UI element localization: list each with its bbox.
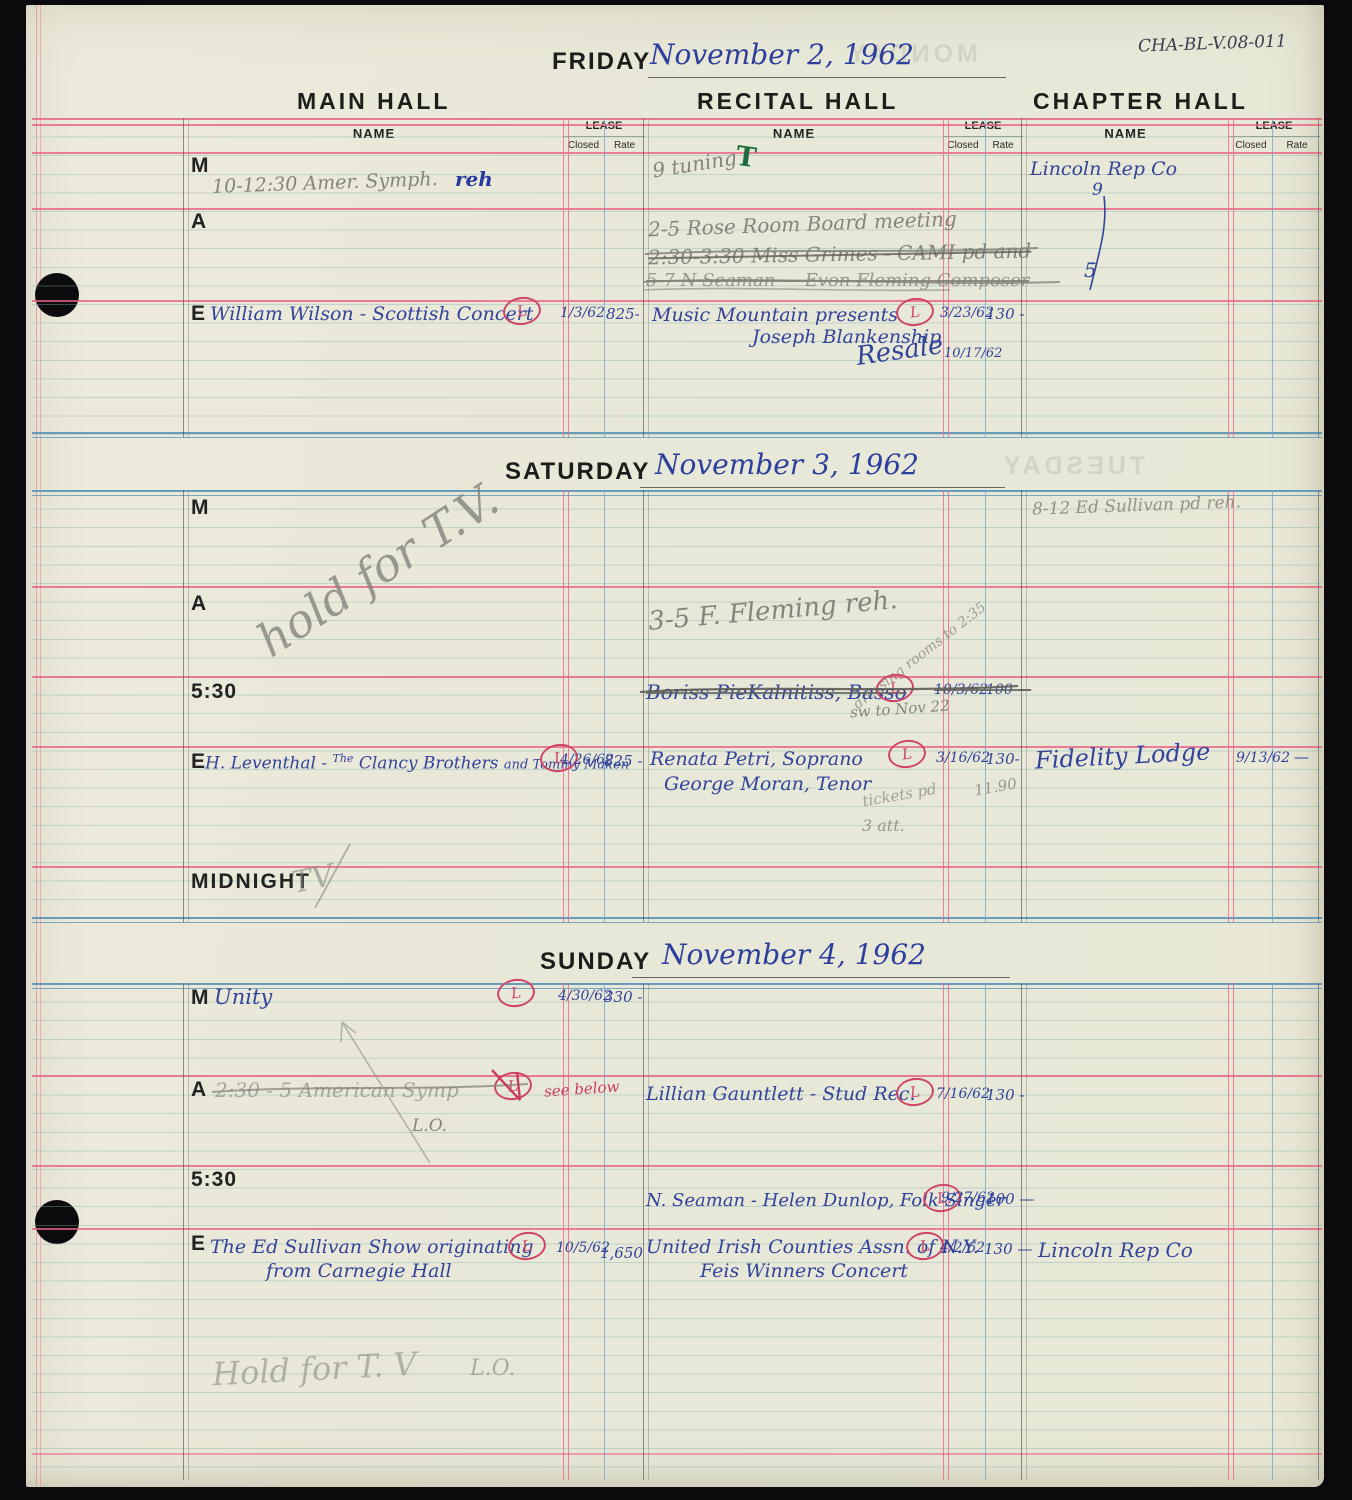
rule-pink xyxy=(32,1453,1322,1455)
vrule xyxy=(1228,118,1234,437)
rule-pink xyxy=(32,586,1322,588)
closed-date-saturday-chapter-evening: 9/13/62 xyxy=(1236,750,1290,766)
vrule xyxy=(943,983,949,1480)
date-underline-sunday xyxy=(632,977,1010,978)
entry-sunday-main-evening-2: from Carnegie Hall xyxy=(266,1260,452,1282)
saturday-table xyxy=(0,490,1352,922)
rule-pink xyxy=(32,208,1322,210)
entry-sunday-recital-afternoon: Lillian Gauntlett - Stud Rec. xyxy=(646,1083,916,1105)
entry-friday-chapter: Lincoln Rep Co xyxy=(1030,158,1177,180)
entry-friday-recital-afternoon-3-struck: 5-7 N Seaman — Evon Fleming Composer xyxy=(646,270,1029,291)
ruled-lines xyxy=(32,490,1322,922)
rate-saturday-recital-evening: 130- xyxy=(986,750,1020,768)
closed-date-sunday-recital-afternoon: 7/16/62 xyxy=(936,1086,990,1102)
vrule xyxy=(604,118,605,437)
vrule xyxy=(1272,983,1273,1480)
date-sunday: November 4, 1962 xyxy=(662,938,926,971)
entry-sunday-main-evening-1: The Ed Sullivan Show originating xyxy=(210,1236,534,1258)
tuning-mark: T xyxy=(734,141,758,174)
rule-pink xyxy=(32,866,1322,868)
vrule xyxy=(1228,490,1234,922)
vrule xyxy=(1021,490,1027,922)
rate-sunday-recital-afternoon: 130 - xyxy=(986,1086,1024,1104)
row-label-afternoon: A xyxy=(191,1078,207,1102)
vrule xyxy=(1318,118,1319,437)
rate-friday-main-evening: 825- xyxy=(606,305,640,323)
rule-blue-double xyxy=(32,917,1322,923)
vrule xyxy=(183,983,189,1480)
rule-pink xyxy=(32,124,1322,126)
entry-part: H. Leventhal - xyxy=(205,754,327,774)
rate-sunday-recital-evening: 130 — xyxy=(984,1240,1032,1258)
scanned-ledger-page: MONDAY TUESDAY CHA-BL-V.08-011 FRIDAY No… xyxy=(0,0,1352,1500)
row-label-morning: M xyxy=(191,154,210,178)
closed-date2-friday-recital-evening: 10/17/62 xyxy=(944,346,1002,361)
date-friday: November 2, 1962 xyxy=(650,38,914,71)
entry-part: Clancy Brothers xyxy=(359,754,499,774)
vrule xyxy=(643,490,649,922)
row-label-evening: E xyxy=(191,302,206,326)
entry-friday-main-morning-reh: reh xyxy=(455,167,493,191)
lo-note-afternoon: L.O. xyxy=(412,1116,447,1136)
vrule xyxy=(563,490,569,922)
row-label-530: 5:30 xyxy=(191,680,237,704)
hall-header-chapter: CHAPTER HALL xyxy=(1033,88,1248,115)
vrule xyxy=(604,490,605,922)
rule-pink xyxy=(32,1228,1322,1230)
entry-sunday-chapter-evening: Lincoln Rep Co xyxy=(1038,1238,1193,1262)
rate-sunday-main-evening: 1,650 xyxy=(600,1244,643,1262)
day-title-sunday: SUNDAY xyxy=(540,948,651,976)
rate-saturday-chapter-evening: — xyxy=(1294,748,1309,766)
vrule xyxy=(1318,490,1319,922)
date-saturday: November 3, 1962 xyxy=(655,448,919,481)
entry-friday-main-evening: William Wilson - Scottish Concert xyxy=(210,303,533,325)
rule-pink xyxy=(32,1075,1322,1077)
bleedthrough-tuesday: TUESDAY xyxy=(1000,452,1145,481)
vrule xyxy=(643,983,649,1480)
row-label-afternoon: A xyxy=(191,210,207,234)
rule-blue-double xyxy=(32,490,1322,496)
rate-saturday-recital-530: 100 — xyxy=(986,682,1031,698)
ruled-lines xyxy=(32,983,1322,1480)
closed-date-saturday-recital-evening: 3/16/62 xyxy=(936,750,990,766)
rate-sunday-main-morning: 330 - xyxy=(604,988,642,1006)
entry-saturday-recital-evening-1: Renata Petri, Soprano xyxy=(650,748,863,770)
vrule xyxy=(183,118,189,437)
vrule xyxy=(563,983,569,1480)
entry-sunday-main-afternoon-struck: 2:30 - 5 American Symp xyxy=(215,1078,459,1102)
vrule xyxy=(1272,490,1273,922)
rule-pink xyxy=(32,118,1322,120)
hall-header-recital: RECITAL HALL xyxy=(697,88,898,115)
closed-date-saturday-recital-530: 10/3/62 xyxy=(934,682,988,698)
row-label-evening: E xyxy=(191,1232,206,1256)
vrule xyxy=(985,983,986,1480)
entry-sunday-main-morning: Unity xyxy=(214,985,272,1009)
entry-superscript: The xyxy=(333,752,354,765)
row-label-morning: M xyxy=(191,496,210,520)
entry-friday-chapter-end: 5 xyxy=(1084,258,1097,282)
row-label-evening: E xyxy=(191,750,206,774)
rule-pink xyxy=(32,1165,1322,1167)
vrule xyxy=(1021,983,1027,1480)
entry-friday-chapter-start: 9 xyxy=(1092,180,1103,200)
vrule xyxy=(604,983,605,1480)
date-underline-saturday xyxy=(640,487,1005,488)
closed-date-sunday-recital-evening: 4/2/62 xyxy=(940,1240,985,1256)
lo-note-bottom: L.O. xyxy=(470,1356,515,1381)
row-label-morning: M xyxy=(191,986,210,1010)
rule-pink xyxy=(32,300,1322,302)
rate-saturday-main-evening: 825 - xyxy=(604,752,642,770)
day-title-friday: FRIDAY xyxy=(552,48,651,76)
vrule xyxy=(183,490,189,922)
entry-sunday-recital-evening-2: Feis Winners Concert xyxy=(700,1260,908,1282)
vrule xyxy=(563,118,569,437)
rule-pink xyxy=(32,676,1322,678)
row-label-530: 5:30 xyxy=(191,1168,237,1192)
row-label-afternoon: A xyxy=(191,592,207,616)
vrule xyxy=(1228,983,1234,1480)
hall-header-main: MAIN HALL xyxy=(297,88,450,115)
date-underline-friday xyxy=(648,77,1006,78)
rate-friday-recital-evening: 130 - xyxy=(986,305,1024,323)
vrule xyxy=(985,490,986,922)
attendance-note: 3 att. xyxy=(862,816,905,835)
rule-blue-double xyxy=(32,432,1322,438)
vrule xyxy=(1272,118,1273,437)
day-title-saturday: SATURDAY xyxy=(505,458,650,486)
vrule xyxy=(1318,983,1319,1480)
entry-friday-recital-evening-1: Music Mountain presents xyxy=(652,304,898,326)
entry-saturday-recital-evening-2: George Moran, Tenor xyxy=(664,773,871,795)
closed-date-friday-main-evening: 1/3/62 xyxy=(560,305,605,321)
rate-sunday-recital-530: 100 — xyxy=(986,1190,1034,1208)
entry-saturday-recital-530-struck: Boriss PieKalnitiss, Basso xyxy=(646,680,907,704)
